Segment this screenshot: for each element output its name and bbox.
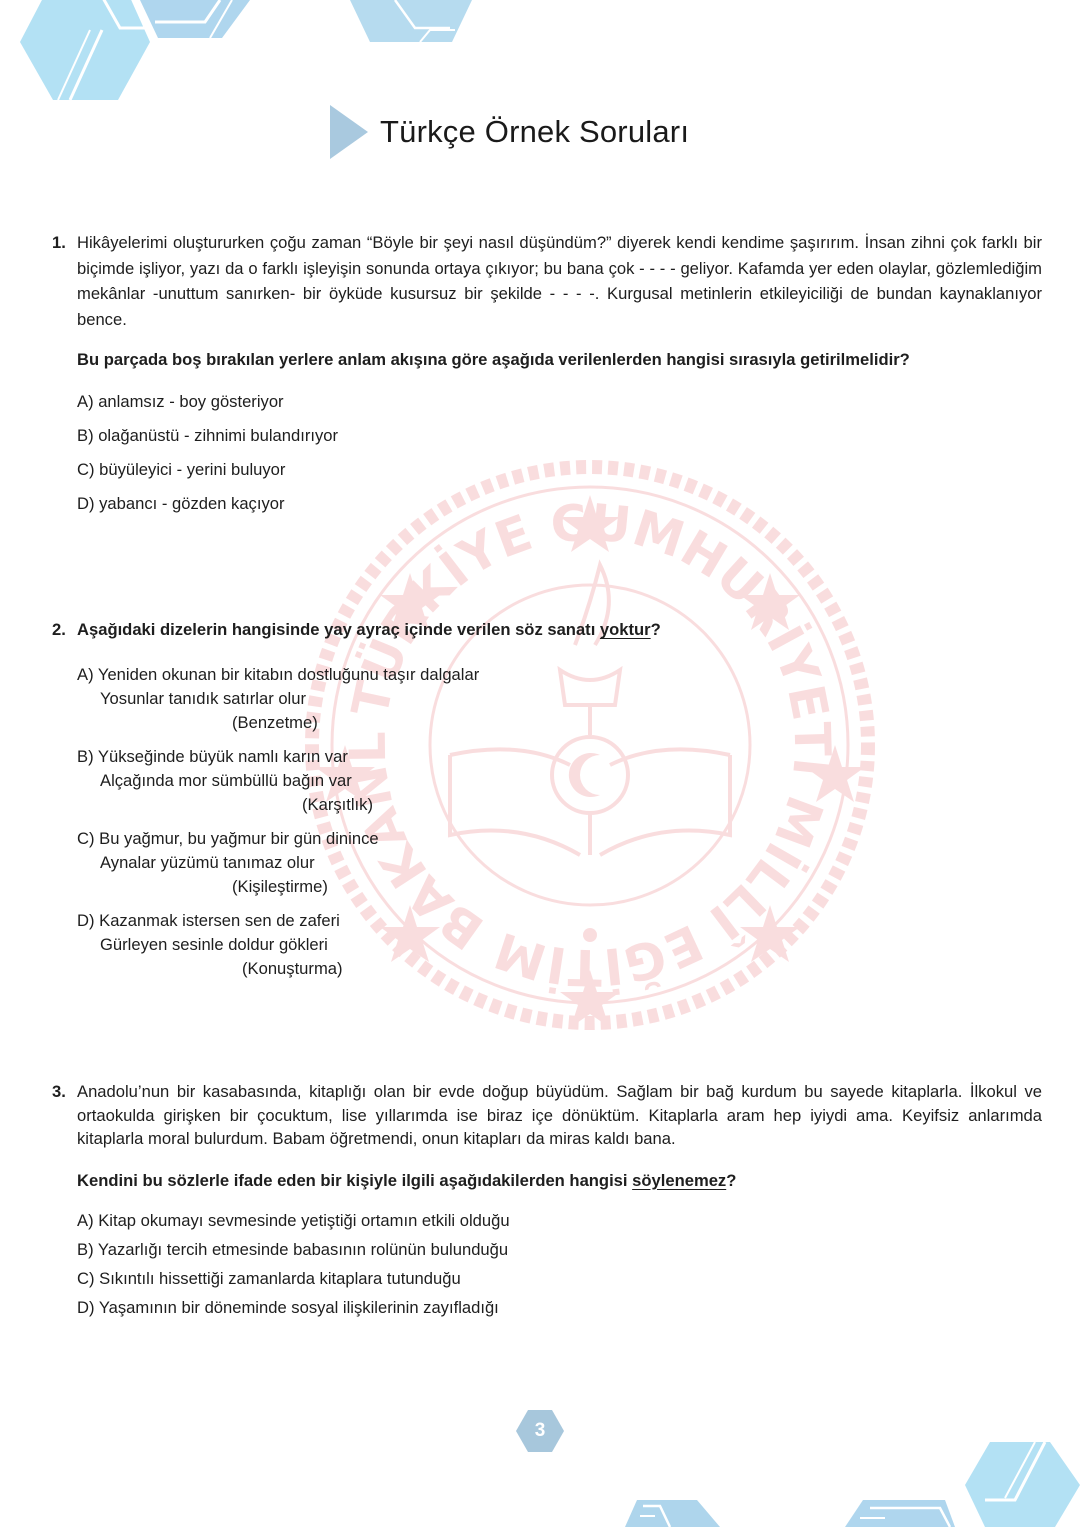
poem-line-2: Yosunlar tanıdık satırlar olur xyxy=(77,687,1042,711)
question-3: 3. Anadolu’nun bir kasabasında, kitaplığ… xyxy=(52,1080,1042,1325)
answer-option-c[interactable]: C) büyüleyici - yerini buluyor xyxy=(77,458,1042,492)
answer-option-b[interactable]: B) olağanüstü - zihnimi bulandırıyor xyxy=(77,424,1042,458)
question-1: 1. Hikâyelerimi oluştururken çoğu zaman … xyxy=(52,230,1042,526)
question-stem: Bu parçada boş bırakılan yerlere anlam a… xyxy=(77,347,1042,373)
poem-line-2: Aynalar yüzümü tanımaz olur xyxy=(77,851,1042,875)
poem-line-1: B) Yükseğinde büyük namlı karın var xyxy=(77,745,1042,769)
answer-option-d[interactable]: D) yabancı - gözden kaçıyor xyxy=(77,492,1042,526)
question-2: 2. Aşağıdaki dizelerin hangisinde yay ay… xyxy=(52,617,1042,991)
question-passage: Hikâyelerimi oluştururken çoğu zaman “Bö… xyxy=(77,230,1042,332)
stem-emphasis: yoktur xyxy=(600,620,651,639)
question-stem: Aşağıdaki dizelerin hangisinde yay ayraç… xyxy=(77,617,1042,643)
page-number: 3 xyxy=(516,1410,564,1452)
literary-device-label: (Kişileştirme) xyxy=(77,875,1042,899)
answer-option-c[interactable]: C) Sıkıntılı hissettiği zamanlarda kitap… xyxy=(77,1267,1042,1296)
question-stem: Kendini bu sözlerle ifade eden bir kişiy… xyxy=(77,1169,1042,1193)
answer-option-c[interactable]: C) Bu yağmur, bu yağmur bir gün dinince … xyxy=(77,827,1042,899)
stem-emphasis: söylenemez xyxy=(632,1171,726,1190)
poem-line-2: Gürleyen sesinle doldur gökleri xyxy=(77,933,1042,957)
answer-option-d[interactable]: D) Yaşamının bir döneminde sosyal ilişki… xyxy=(77,1296,1042,1325)
literary-device-label: (Karşıtlık) xyxy=(77,793,1042,817)
answer-option-a[interactable]: A) anlamsız - boy gösteriyor xyxy=(77,390,1042,424)
hexagon-decoration-top-left xyxy=(0,0,260,110)
literary-device-label: (Benzetme) xyxy=(77,711,1042,735)
hexagon-decoration-bottom-right xyxy=(845,1440,1080,1527)
stem-text: Kendini bu sözlerle ifade eden bir kişiy… xyxy=(77,1171,632,1190)
page-number-badge: 3 xyxy=(516,1410,564,1452)
stem-end: ? xyxy=(651,620,661,639)
hexagon-decoration-top-center xyxy=(350,0,480,45)
answer-option-a[interactable]: A) Yeniden okunan bir kitabın dostluğunu… xyxy=(77,663,1042,735)
page-header: Türkçe Örnek Soruları xyxy=(330,104,689,160)
play-arrow-icon xyxy=(330,105,368,159)
answer-options: A) Kitap okumayı sevmesinde yetiştiği or… xyxy=(77,1209,1042,1325)
hexagon-decoration-bottom-center xyxy=(625,1498,725,1527)
stem-end: ? xyxy=(726,1171,736,1190)
page-title: Türkçe Örnek Soruları xyxy=(380,114,689,150)
poem-line-1: C) Bu yağmur, bu yağmur bir gün dinince xyxy=(77,827,1042,851)
poem-line-2: Alçağında mor sümbüllü bağın var xyxy=(77,769,1042,793)
stem-text: Aşağıdaki dizelerin hangisinde yay ayraç… xyxy=(77,620,600,639)
poem-line-1: A) Yeniden okunan bir kitabın dostluğunu… xyxy=(77,663,1042,687)
answer-option-d[interactable]: D) Kazanmak istersen sen de zaferi Gürle… xyxy=(77,909,1042,981)
question-passage: Anadolu’nun bir kasabasında, kitaplığı o… xyxy=(77,1080,1042,1151)
literary-device-label: (Konuşturma) xyxy=(77,957,1042,981)
question-number: 2. xyxy=(52,617,66,643)
answer-option-b[interactable]: B) Yazarlığı tercih etmesinde babasının … xyxy=(77,1238,1042,1267)
answer-option-b[interactable]: B) Yükseğinde büyük namlı karın var Alça… xyxy=(77,745,1042,817)
answer-options: A) Yeniden okunan bir kitabın dostluğunu… xyxy=(77,663,1042,981)
poem-line-1: D) Kazanmak istersen sen de zaferi xyxy=(77,909,1042,933)
answer-options: A) anlamsız - boy gösteriyor B) olağanüs… xyxy=(77,390,1042,526)
question-number: 1. xyxy=(52,230,66,256)
question-number: 3. xyxy=(52,1080,66,1104)
answer-option-a[interactable]: A) Kitap okumayı sevmesinde yetiştiği or… xyxy=(77,1209,1042,1238)
